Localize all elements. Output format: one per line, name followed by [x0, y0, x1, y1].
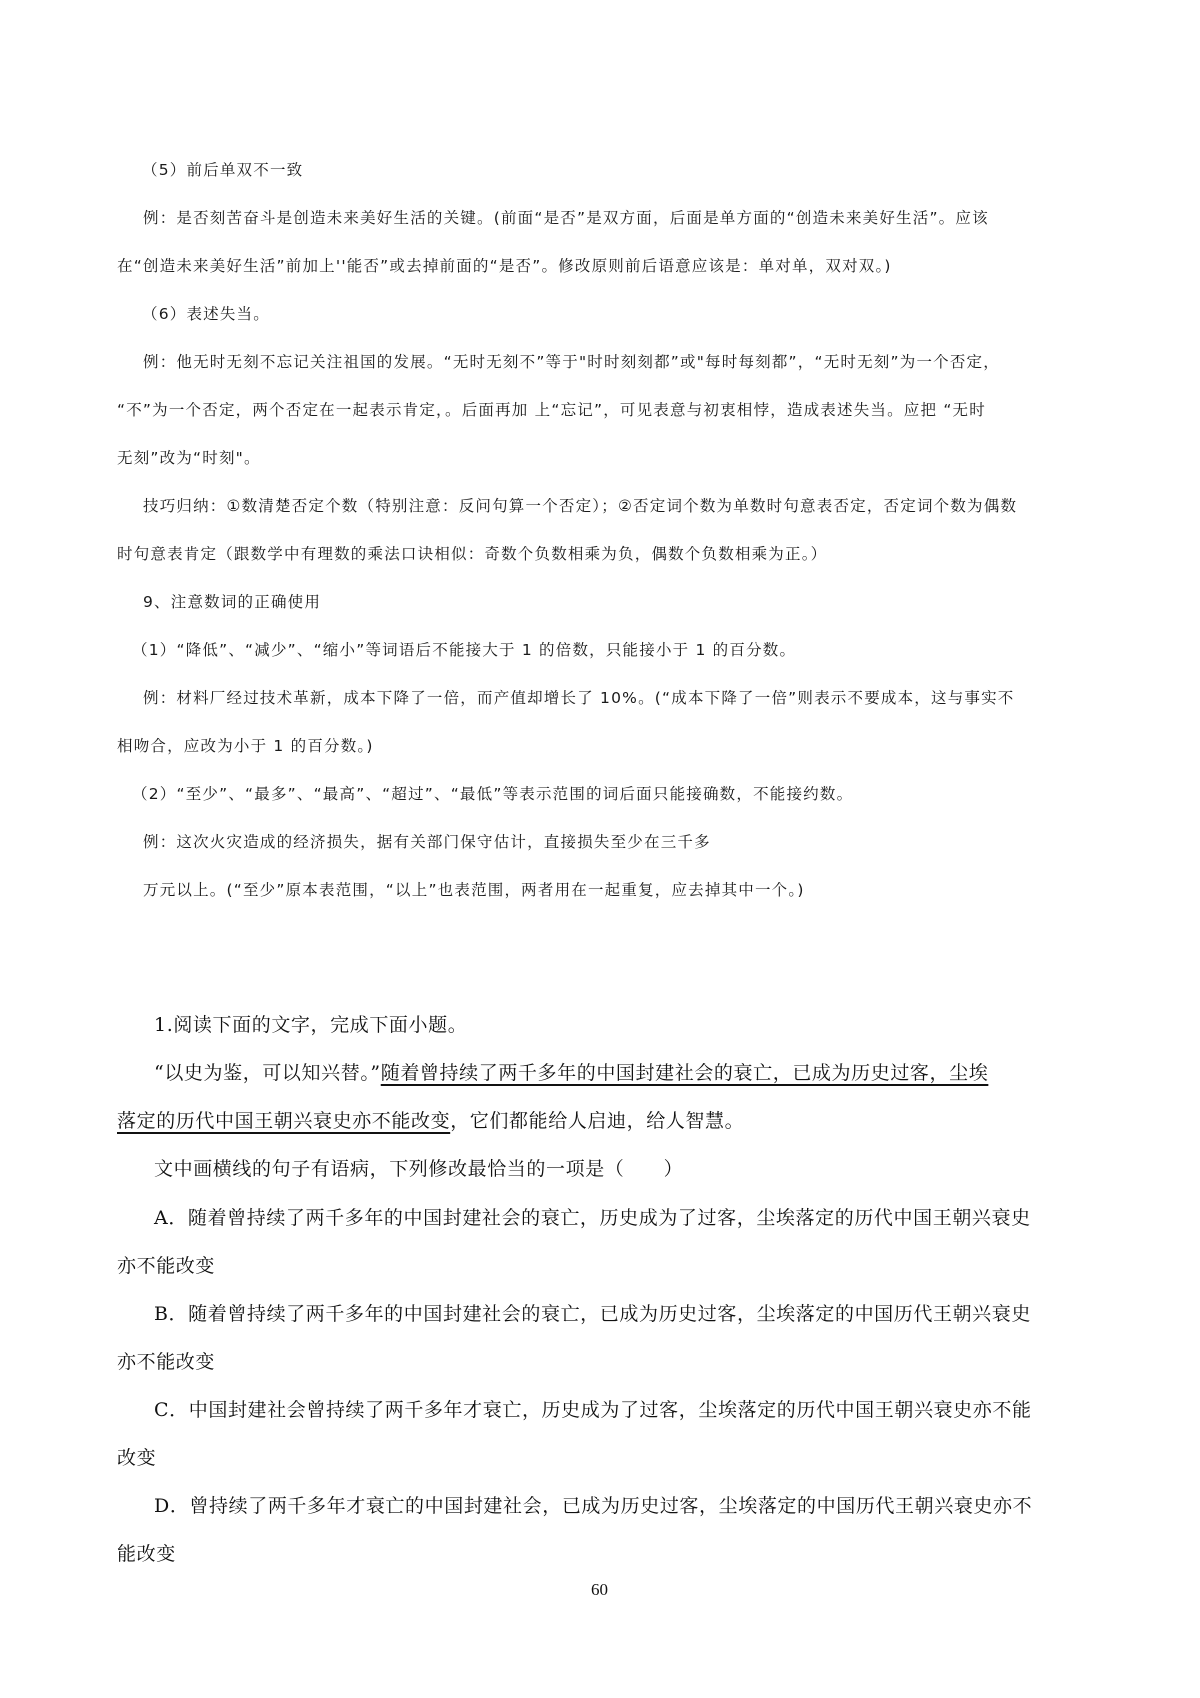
option-c-line-2[interactable]: 改变 — [117, 1443, 156, 1470]
s9-2-example-line-1: 例：这次火灾造成的经济损失，据有关部门保守估计，直接损失至少在三千多 — [143, 830, 711, 852]
item5-example-line-2: 在“创造未来美好生活”前加上''能否”或去掉前面的“是否”。修改原则前后语意应该… — [117, 254, 892, 276]
item5-title: （5）前后单双不一致 — [142, 158, 303, 180]
s9-2-example-line-2: 万元以上。(“至少”原本表范围，“以上”也表范围，两者用在一起重复，应去掉其中一… — [143, 878, 805, 900]
page-number: 60 — [591, 1580, 608, 1600]
item6-example-line-3: 无刻”改为“时刻"。 — [117, 446, 261, 468]
passage-quote: “以史为鉴，可以知兴替。” — [154, 1062, 381, 1084]
option-a-line-1[interactable]: A．随着曾持续了两千多年的中国封建社会的衰亡，历史成为了过客，尘埃落定的历代中国… — [154, 1203, 1031, 1230]
tip-line-1: 技巧归纳：①数清楚否定个数（特别注意：反问句算一个否定）；②否定词个数为单数时句… — [143, 494, 1017, 516]
section9-title: 9、注意数词的正确使用 — [143, 590, 321, 612]
passage-line-1: “以史为鉴，可以知兴替。”随着曾持续了两千多年的中国封建社会的衰亡，已成为历史过… — [154, 1058, 988, 1085]
option-c-line-1[interactable]: C．中国封建社会曾持续了两千多年才衰亡，历史成为了过客，尘埃落定的历代中国王朝兴… — [154, 1395, 1032, 1422]
s9-1-example-line-2: 相吻合，应改为小于 1 的百分数。) — [117, 734, 374, 756]
tip-line-2: 时句意表肯定（跟数学中有理数的乘法口诀相似：奇数个负数相乘为负，偶数个负数相乘为… — [117, 542, 827, 564]
item6-title: （6）表述失当。 — [142, 302, 270, 324]
option-d-line-2[interactable]: 能改变 — [117, 1539, 176, 1566]
question-prompt: 1.阅读下面的文字，完成下面小题。 — [154, 1010, 467, 1037]
option-d-line-1[interactable]: D．曾持续了两千多年才衰亡的中国封建社会，已成为历史过客，尘埃落定的中国历代王朝… — [154, 1491, 1032, 1518]
item6-example-line-2: “不”为一个否定，两个否定在一起表示肯定，。后面再加 上“忘记”，可见表意与初衷… — [117, 398, 986, 420]
s9-1-title: （1）“降低”、“减少”、“缩小”等词语后不能接大于 1 的倍数，只能接小于 1… — [132, 638, 796, 660]
option-a-line-2[interactable]: 亦不能改变 — [117, 1251, 215, 1278]
item6-example-line-1: 例：他无时无刻不忘记关注祖国的发展。“无时无刻不”等于"时时刻刻都”或"每时每刻… — [143, 350, 1000, 372]
option-b-line-1[interactable]: B．随着曾持续了两千多年的中国封建社会的衰亡，已成为历史过客，尘埃落定的中国历代… — [154, 1299, 1031, 1326]
option-b-line-2[interactable]: 亦不能改变 — [117, 1347, 215, 1374]
passage-tail: ，它们都能给人启迪，给人智慧。 — [450, 1110, 744, 1132]
passage-underlined-sentence-part-2: 落定的历代中国王朝兴衰史亦不能改变 — [117, 1110, 450, 1132]
s9-1-example-line-1: 例：材料厂经过技术革新，成本下降了一倍，而产值却增长了 10%。(“成本下降了一… — [143, 686, 1015, 708]
s9-2-title: （2）“至少”、“最多”、“最高”、“超过”、“最低”等表示范围的词后面只能接确… — [132, 782, 853, 804]
passage-underlined-sentence-part-1: 随着曾持续了两千多年的中国封建社会的衰亡，已成为历史过客，尘埃 — [381, 1062, 989, 1084]
passage-line-2: 落定的历代中国王朝兴衰史亦不能改变，它们都能给人启迪，给人智慧。 — [117, 1106, 744, 1133]
item5-example-line-1: 例：是否刻苦奋斗是创造未来美好生活的关键。(前面“是否”是双方面，后面是单方面的… — [143, 206, 989, 228]
document-page: （5）前后单双不一致 例：是否刻苦奋斗是创造未来美好生活的关键。(前面“是否”是… — [0, 0, 1200, 1698]
question-stem: 文中画横线的句子有语病，下列修改最恰当的一项是（ ） — [154, 1154, 683, 1181]
